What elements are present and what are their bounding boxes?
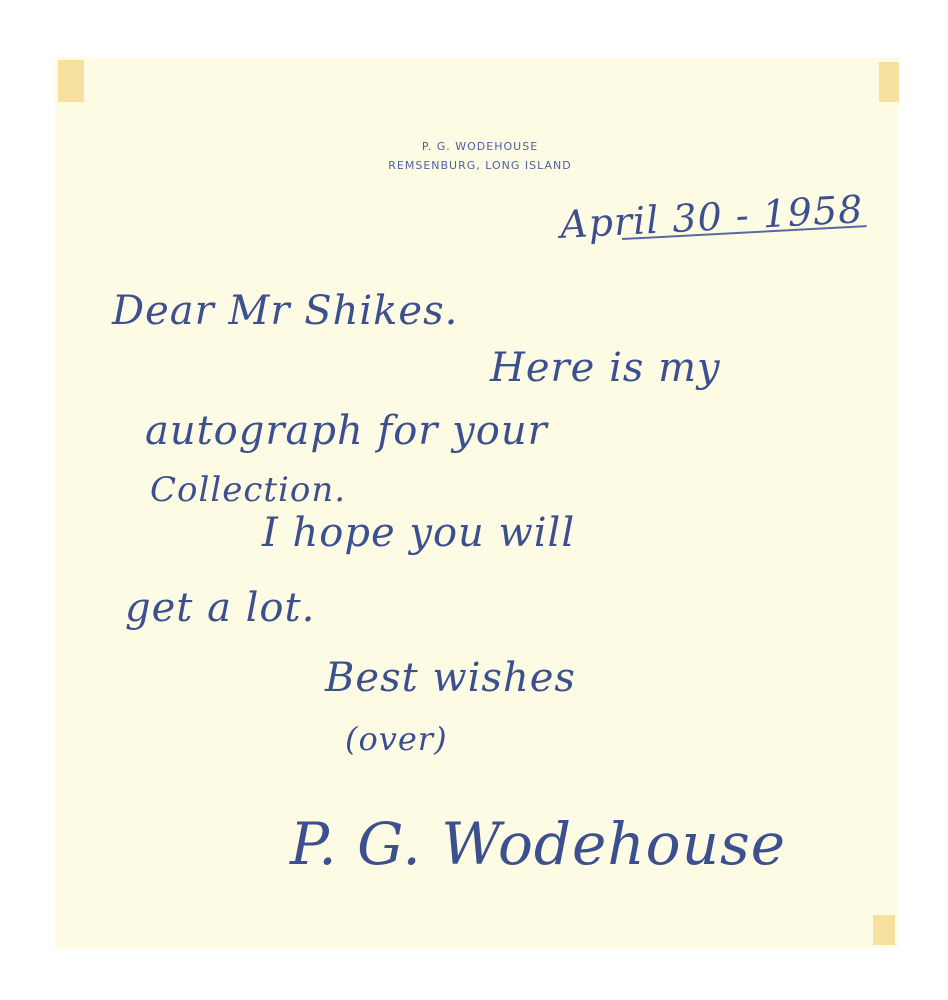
closing-line: (over) xyxy=(345,720,448,758)
tape-mark-bottom-right xyxy=(873,915,895,945)
body-line: get a lot. xyxy=(125,585,315,631)
closing-line: Best wishes xyxy=(325,655,576,701)
salutation: Dear Mr Shikes. xyxy=(112,288,458,334)
letterhead-address: REMSENBURG, LONG ISLAND xyxy=(340,156,620,175)
letterhead-name: P. G. WODEHOUSE xyxy=(340,137,620,156)
signature: P. G. Wodehouse xyxy=(290,810,786,878)
body-line: Collection. xyxy=(150,470,346,510)
body-line: autograph for your xyxy=(145,408,548,454)
body-line: I hope you will xyxy=(262,510,575,556)
tape-mark-top-right xyxy=(879,62,899,102)
tape-mark-top-left xyxy=(58,60,84,102)
letterhead: P. G. WODEHOUSE REMSENBURG, LONG ISLAND xyxy=(340,137,620,175)
body-line: Here is my xyxy=(490,345,721,391)
